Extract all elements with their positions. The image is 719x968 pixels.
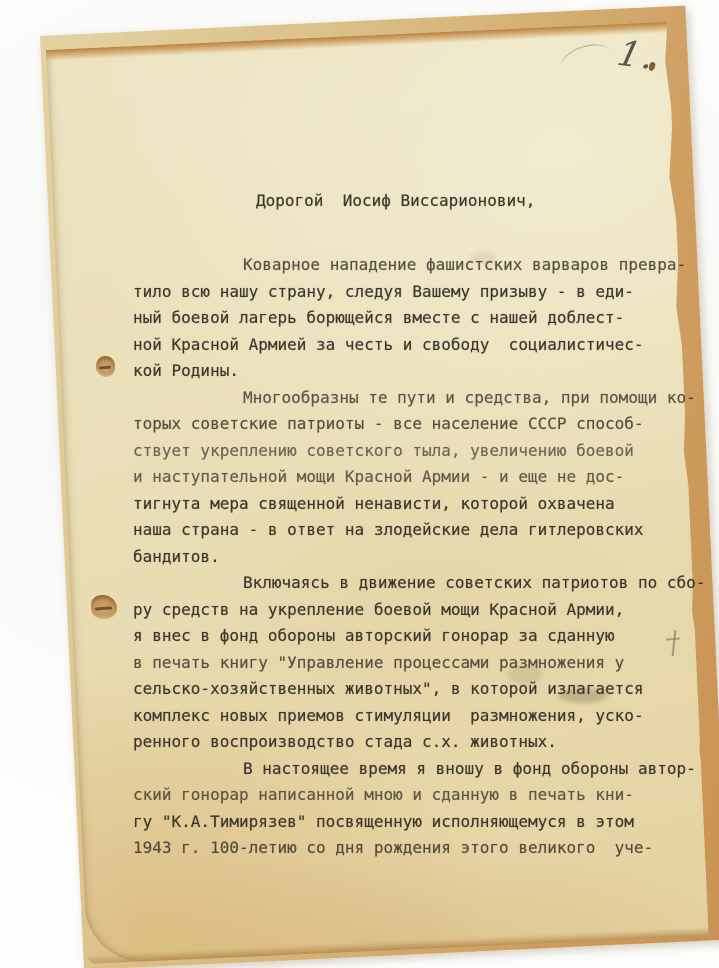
letter-body: Коварное нападение фашистских варваров п… bbox=[133, 252, 678, 862]
text-line: в печать книгу "Управление процессами ра… bbox=[133, 650, 678, 677]
text-line: кой Родины. bbox=[133, 358, 678, 385]
typewritten-text-layer: Дорогой Иосиф Виссарионович, Коварное на… bbox=[0, 0, 719, 968]
letter-salutation: Дорогой Иосиф Виссарионович, bbox=[256, 188, 535, 215]
text-line: тило всю нашу страну, следуя Вашему приз… bbox=[133, 279, 678, 306]
text-line: и наступательной мощи Красной Армии - и … bbox=[133, 464, 678, 491]
text-line: В настоящее время я вношу в фонд обороны… bbox=[133, 756, 678, 783]
text-line: ной Красной Армией за честь и свободу со… bbox=[133, 332, 678, 359]
paragraph: В настоящее время я вношу в фонд обороны… bbox=[133, 756, 678, 862]
text-line: ский гонорар написанной мною и сданную в… bbox=[133, 782, 678, 809]
paragraph: Коварное нападение фашистских варваров п… bbox=[133, 252, 678, 385]
text-line: ру средств на укрепление боевой мощи Кра… bbox=[133, 597, 678, 624]
text-line: наша страна - в ответ на злодейские дела… bbox=[133, 517, 678, 544]
text-line: торых советские патриоты - все население… bbox=[133, 411, 678, 438]
text-line: бандитов. bbox=[133, 544, 678, 571]
text-line: тигнута мера священной ненависти, которо… bbox=[133, 491, 678, 518]
paragraph: Многообразны те пути и средства, при пом… bbox=[133, 385, 678, 571]
document-photo: 1. Дорогой Иосиф Виссарионович, Коварное… bbox=[0, 0, 719, 968]
text-line: ствует укреплению советского тыла, увели… bbox=[133, 438, 678, 465]
text-line: ренного воспроизводство стада с.х. живот… bbox=[133, 729, 678, 756]
text-line: Многообразны те пути и средства, при пом… bbox=[133, 385, 678, 412]
text-line: сельско-хозяйственных животных", в котор… bbox=[133, 676, 678, 703]
paragraph: Включаясь в движение советских патриотов… bbox=[133, 570, 678, 756]
text-line: Включаясь в движение советских патриотов… bbox=[133, 570, 678, 597]
text-line: Коварное нападение фашистских варваров п… bbox=[133, 252, 678, 279]
text-line: 1943 г. 100-летию со дня рождения этого … bbox=[133, 835, 678, 862]
text-line: гу "К.А.Тимирязев" посвященную исполняющ… bbox=[133, 809, 678, 836]
text-line: комплекс новых приемов стимуляции размно… bbox=[133, 703, 678, 730]
text-line: я внес в фонд обороны авторский гонорар … bbox=[133, 623, 678, 650]
text-line: ный боевой лагерь борющейся вместе с наш… bbox=[133, 305, 678, 332]
